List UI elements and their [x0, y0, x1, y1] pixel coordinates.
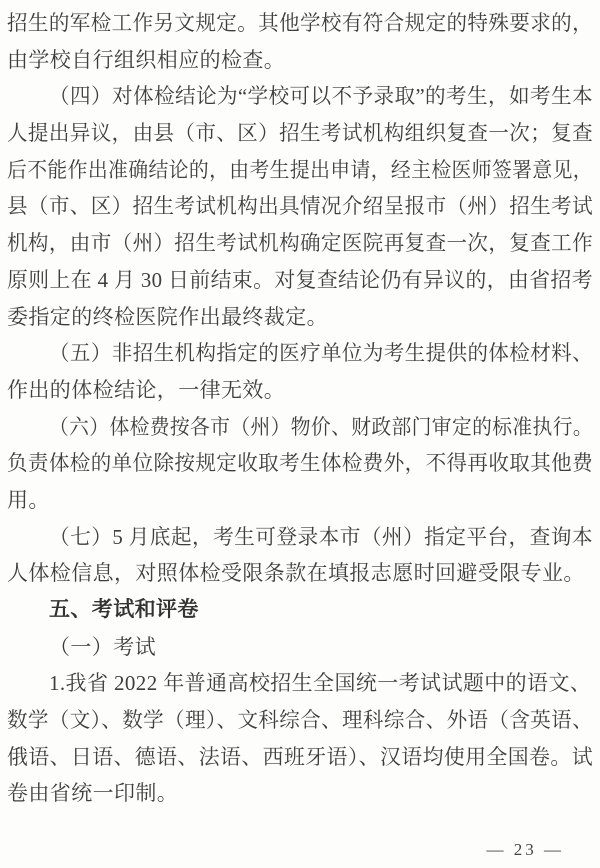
text-line-content: 作出的体检结论，一律无效。: [7, 372, 285, 409]
text-line-content: 用。: [7, 482, 50, 519]
text-line-content: 由学校自行组织相应的检查。: [7, 42, 285, 79]
text-line-content: 1.我省 2022 年普通高校招生全国统一考试试题中的语文、: [49, 665, 591, 702]
text-line: 负责体检的单位除按规定收取考生体检费外，不得再收取其他费: [7, 445, 593, 482]
text-line-content: 后不能作出准确结论的，由考生提出申请，经主检医师签署意见，: [7, 152, 593, 189]
text-line-content: 县（市、区）招生考试机构出具情况介绍呈报市（州）招生考试: [7, 188, 593, 225]
text-line: 机构，由市（州）招生考试机构确定医院再复查一次，复查工作: [7, 225, 593, 262]
text-line: 数学（文）、数学（理）、文科综合、理科综合、外语（含英语、: [7, 702, 593, 739]
text-line: 用。: [7, 482, 593, 519]
text-line-content: 委指定的终检医院作出最终裁定。: [7, 299, 328, 336]
text-line-content: （五）非招生机构指定的医疗单位为考生提供的体检材料、: [49, 335, 593, 372]
text-line: 人体检信息，对照体检受限条款在填报志愿时回避受限专业。: [7, 555, 593, 592]
text-line: 卷由省统一印制。: [7, 775, 593, 812]
text-line-content: 人提出异议，由县（市、区）招生考试机构组织复查一次；复查: [7, 115, 593, 152]
text-line-content: 数学（文）、数学（理）、文科综合、理科综合、外语（含英语、: [7, 702, 593, 739]
document-text-block: 招生的军检工作另文规定。其他学校有符合规定的特殊要求的，由学校自行组织相应的检查…: [7, 5, 593, 812]
text-line: 后不能作出准确结论的，由考生提出申请，经主检医师签署意见，: [7, 152, 593, 189]
text-line-content: 机构，由市（州）招生考试机构确定医院再复查一次，复查工作: [7, 225, 593, 262]
text-line-content: （一）考试: [49, 629, 156, 666]
document-page: 招生的军检工作另文规定。其他学校有符合规定的特殊要求的，由学校自行组织相应的检查…: [0, 0, 600, 868]
text-line: （六）体检费按各市（州）物价、财政部门审定的标准执行。: [7, 409, 593, 446]
text-line-content: 卷由省统一印制。: [7, 775, 178, 812]
text-line: 招生的军检工作另文规定。其他学校有符合规定的特殊要求的，: [7, 5, 593, 42]
text-line: 县（市、区）招生考试机构出具情况介绍呈报市（州）招生考试: [7, 188, 593, 225]
text-line: 1.我省 2022 年普通高校招生全国统一考试试题中的语文、: [7, 665, 593, 702]
text-line-content: 招生的军检工作另文规定。其他学校有符合规定的特殊要求的，: [7, 5, 593, 42]
text-line: （四）对体检结论为“学校可以不予录取”的考生，如考生本: [7, 78, 593, 115]
text-line-content: 人体检信息，对照体检受限条款在填报志愿时回避受限专业。: [7, 555, 585, 592]
text-line: 原则上在 4 月 30 日前结束。对复查结论仍有异议的，由省招考: [7, 262, 593, 299]
text-line-content: （六）体检费按各市（州）物价、财政部门审定的标准执行。: [49, 409, 593, 446]
text-line: 作出的体检结论，一律无效。: [7, 372, 593, 409]
text-line-content: 五、考试和评卷: [49, 592, 199, 629]
text-line-content: 负责体检的单位除按规定收取考生体检费外，不得再收取其他费: [7, 445, 593, 482]
text-line: （五）非招生机构指定的医疗单位为考生提供的体检材料、: [7, 335, 593, 372]
text-line-content: 俄语、日语、德语、法语、西班牙语）、汉语均使用全国卷。试: [7, 739, 593, 776]
text-line: （七）5 月底起，考生可登录本市（州）指定平台，查询本: [7, 519, 593, 556]
text-line: 委指定的终检医院作出最终裁定。: [7, 299, 593, 336]
text-line-content: 原则上在 4 月 30 日前结束。对复查结论仍有异议的，由省招考: [7, 262, 593, 299]
text-line-content: （四）对体检结论为“学校可以不予录取”的考生，如考生本: [49, 78, 593, 115]
text-line: 俄语、日语、德语、法语、西班牙语）、汉语均使用全国卷。试: [7, 739, 593, 776]
text-line-content: （七）5 月底起，考生可登录本市（州）指定平台，查询本: [49, 519, 593, 556]
text-line: 由学校自行组织相应的检查。: [7, 42, 593, 79]
page-number: — 23 —: [487, 840, 565, 860]
text-line: 人提出异议，由县（市、区）招生考试机构组织复查一次；复查: [7, 115, 593, 152]
section-heading: 五、考试和评卷: [7, 592, 593, 629]
subsection-heading: （一）考试: [7, 629, 593, 666]
